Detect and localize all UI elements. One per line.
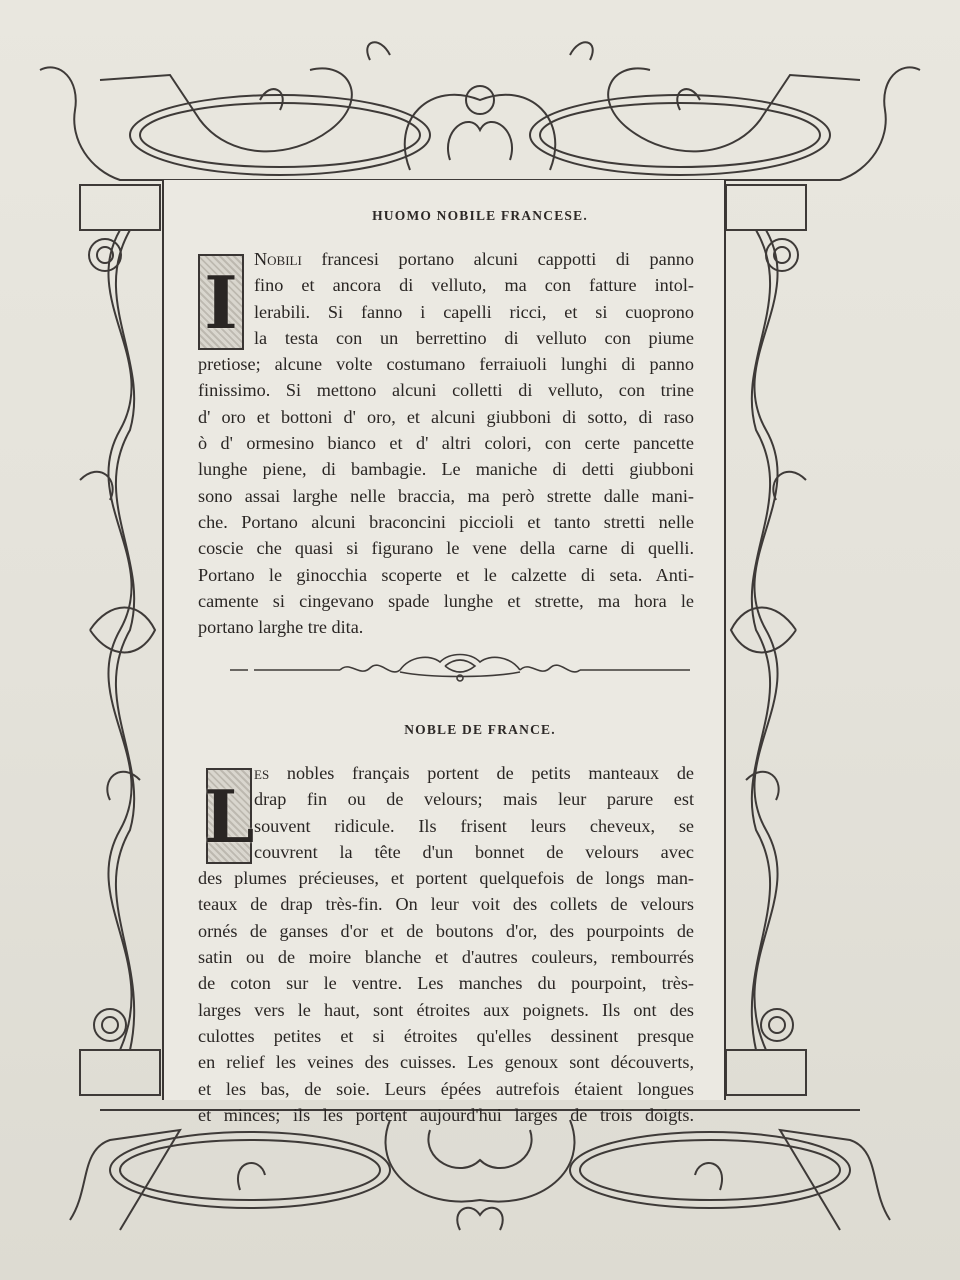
text-line: che. Portano alcuni braconcini piccioli … [198,509,694,535]
text-line: sono assai larghe nelle braccia, ma però… [198,483,694,509]
text-line: pretiose; alcune volte costumano ferraiu… [198,351,694,377]
text-line: drap fin ou de velours; mais leur parure… [198,786,694,812]
text-line: de coton sur le ventre. Les manches du p… [198,970,694,996]
text-line: coscie che quasi si figurano le vene del… [198,535,694,561]
text-line: et minces; ils les portent aujourd'hui l… [198,1102,694,1128]
text-line: d' oro et bottoni d' oro, et alcuni giub… [198,404,694,430]
text-line: fino et ancora di velluto, ma con fattur… [198,272,694,298]
text-line: camente si cingevano spade lunghe et str… [198,588,694,614]
text-line: couvrent la tête d'un bonnet de velours … [198,839,694,865]
left-ornamental-border [60,180,164,1100]
text-line: es nobles français portent de petits man… [198,760,694,786]
ornamental-divider [230,648,690,688]
text-line: finissimo. Si mettono alcuni colletti di… [198,377,694,403]
text-line: et les bas, de soie. Leurs épées autrefo… [198,1076,694,1102]
text-line: culottes petites et si étroites qu'elles… [198,1023,694,1049]
paragraph-french: es nobles français portent de petits man… [198,760,694,1128]
text-line: lerabili. Si fanno i capelli ricci, et s… [198,299,694,325]
paragraph-italian: Nobili francesi portano alcuni cappotti … [198,246,694,640]
text-line: larges vers le haut, sont étroites aux p… [198,997,694,1023]
text-line: satin ou de moire blanche et d'autres co… [198,944,694,970]
top-ornamental-border [30,40,930,190]
section-title-french: NOBLE DE FRANCE. [0,722,960,738]
text-line: teaux de drap très-fin. On leur voit des… [198,891,694,917]
section-title-italian: HUOMO NOBILE FRANCESE. [0,208,960,224]
lead-word: es [254,763,269,783]
text-line: Nobili francesi portano alcuni cappotti … [198,246,694,272]
text-line: la testa con un berrettino di velluto co… [198,325,694,351]
text-line: lunghe piene, di bambagie. Le maniche di… [198,456,694,482]
text-line: des plumes précieuses, et portent quelqu… [198,865,694,891]
right-ornamental-border [722,180,826,1100]
lead-word: Nobili [254,249,302,269]
text-line: souvent ridicule. Ils frisent leurs chev… [198,813,694,839]
text-line: ò d' ormesino bianco et d' altri colori,… [198,430,694,456]
text-line: portano larghe tre dita. [198,614,694,640]
text-line: en relief les veines des cuisses. Les ge… [198,1049,694,1075]
text-line: Portano le ginocchia scoperte et le calz… [198,562,694,588]
text-line: ornés de ganses d'or et de boutons d'or,… [198,918,694,944]
